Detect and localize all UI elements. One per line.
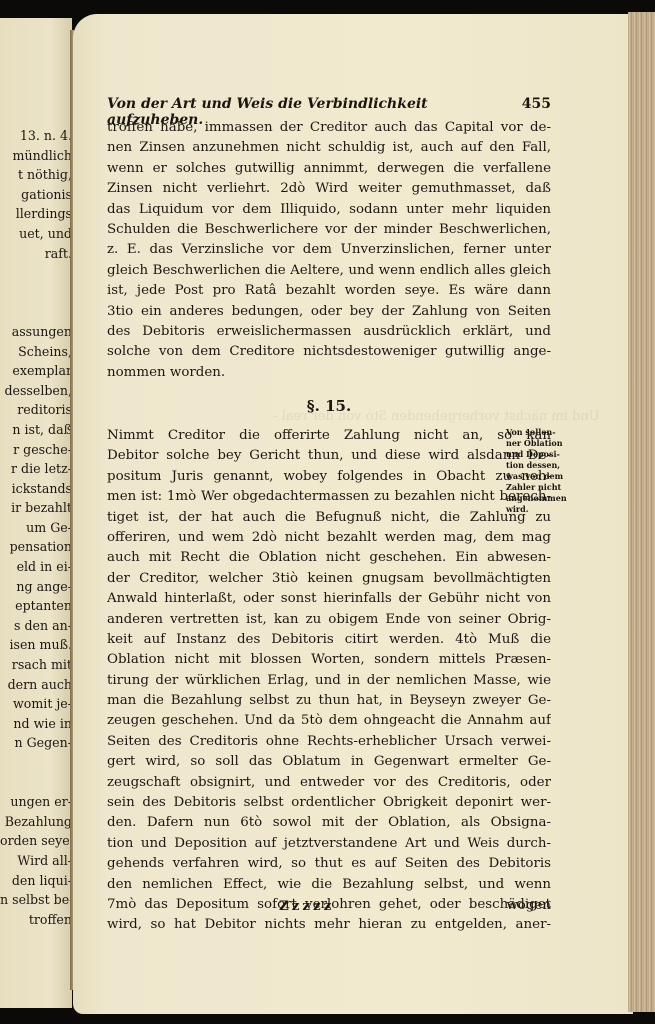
marginal-line: und Deposi- (506, 449, 566, 460)
left-text-line: desselben, (0, 381, 72, 401)
text-line: offeriren, und wem 2dò nicht bezahlt wer… (107, 528, 551, 548)
left-text-line: reditoris (0, 400, 72, 420)
left-text-line: t nöthig, (0, 165, 72, 185)
catchword: wogen (506, 898, 551, 913)
text-line: gleich Beschwerlichen die Aeltere, und w… (107, 261, 551, 281)
left-text-line (0, 753, 72, 773)
text-line: z. E. das Verzinsliche vor dem Unverzins… (107, 240, 551, 260)
text-line: gert wird, so soll das Oblatum in Gegenw… (107, 752, 551, 772)
text-line: Zinsen nicht verliehrt. 2dò Wird weiter … (107, 179, 551, 199)
left-text-line (0, 773, 72, 793)
left-text-line: pensation (0, 537, 72, 557)
left-text-line (0, 302, 72, 322)
text-line: Oblation nicht mit blossen Worten, sonde… (107, 650, 551, 670)
text-line: Debitor solche bey Gericht thun, und die… (107, 446, 551, 466)
marginal-line: tion dessen, (506, 460, 566, 471)
left-text-line (0, 263, 72, 283)
text-line: tiget ist, der hat auch die Befugnuß nic… (107, 508, 551, 528)
marginal-line: angenommen (506, 493, 566, 504)
left-text-line: s den an- (0, 616, 72, 636)
page-footer: Zzzzz wogen (107, 898, 551, 918)
left-text-line: n selbst be- (0, 890, 72, 910)
left-text-line: ickstands (0, 479, 72, 499)
left-text-line: r gesche- (0, 440, 72, 460)
left-text-line: 13. n. 4. (0, 126, 72, 146)
marginal-line: ner Oblation (506, 438, 566, 449)
text-line: 3tio ein anderes bedungen, oder bey der … (107, 302, 551, 322)
left-text-line: n ist, daß (0, 420, 72, 440)
left-text-line: mündlich (0, 146, 72, 166)
left-text-line: um Ge- (0, 518, 72, 538)
left-text-line: uet, und (0, 224, 72, 244)
marginal-line: Von sollen- (506, 427, 566, 438)
right-page: Und im nächst vorhergehenden 5to von der… (73, 14, 633, 1014)
text-line: anderen vertretten ist, kan zu obigem En… (107, 610, 551, 630)
marginal-line: Zahler nicht (506, 482, 566, 493)
marginal-note: Von sollen-ner Oblationund Deposi-tion d… (506, 427, 566, 515)
text-line: men ist: 1mò Wer obgedachtermassen zu be… (107, 487, 551, 507)
left-text-line: dern auch (0, 675, 72, 695)
left-text-line: ng ange- (0, 577, 72, 597)
section-title: §. 15. (107, 397, 551, 415)
left-text-line: ungen er- (0, 792, 72, 812)
text-line: das Liquidum vor dem Illiquido, sodann u… (107, 200, 551, 220)
left-text-line (0, 283, 72, 303)
page-edges (628, 12, 655, 1012)
left-text-line: assungen (0, 322, 72, 342)
text-line: tion und Deposition auf jetztverstandene… (107, 834, 551, 854)
text-line: zeugschaft obsignirt, und entweder vor d… (107, 773, 551, 793)
text-line: den nemlichen Effect, wie die Bezahlung … (107, 875, 551, 895)
left-text-line: r die letz- (0, 459, 72, 479)
paragraph-2: Nimmt Creditor die offerirte Zahlung nic… (107, 426, 551, 936)
left-text-line: isen muß. (0, 635, 72, 655)
marginal-line: wird. (506, 504, 566, 515)
text-line: wenn er solches gutwillig annimmt, derwe… (107, 159, 551, 179)
page-number: 455 (522, 96, 551, 112)
left-text-line: gationis (0, 185, 72, 205)
text-line: Schulden die Beschwerlichere vor der min… (107, 220, 551, 240)
text-line: tirung der würklichen Erlag, und in der … (107, 671, 551, 691)
left-page: 13. n. 4.mündlicht nöthig,gationisllerdi… (0, 18, 72, 1008)
text-line: Anwald hinterlaßt, oder sonst hierinfall… (107, 589, 551, 609)
left-text-line: exemplar (0, 361, 72, 381)
left-text-line: Scheins, (0, 342, 72, 362)
left-text-line: den liqui- (0, 871, 72, 891)
text-line: den. Dafern nun 6tò sowol mit der Oblati… (107, 813, 551, 833)
left-text-line: nd wie in (0, 714, 72, 734)
signature-mark: Zzzzz (279, 898, 334, 914)
text-line: nommen worden. (107, 363, 551, 383)
text-line: positum Juris genannt, wobey folgendes i… (107, 467, 551, 487)
text-line: der Creditor, welcher 3tiò keinen gnugsa… (107, 569, 551, 589)
text-line: zeugen geschehen. Und da 5tò dem ohngeac… (107, 711, 551, 731)
text-line: wird, so hat Debitor nichts mehr hieran … (107, 915, 551, 935)
text-line: des Debitoris erweislichermassen ausdrüc… (107, 322, 551, 342)
left-text-line: Wird all- (0, 851, 72, 871)
text-line: keit auf Instanz des Debitoris citirt we… (107, 630, 551, 650)
left-text-line: raft. (0, 244, 72, 264)
left-text-line: orden seye, (0, 831, 72, 851)
left-page-text: 13. n. 4.mündlicht nöthig,gationisllerdi… (0, 126, 72, 929)
text-line: ist, jede Post pro Ratâ bezahlt worden s… (107, 281, 551, 301)
left-text-line: rsach mit (0, 655, 72, 675)
text-line: sein des Debitoris selbst ordentlicher O… (107, 793, 551, 813)
left-text-line: eld in ei- (0, 557, 72, 577)
text-line: troffen habe, immassen der Creditor auch… (107, 118, 551, 138)
text-line: solche von dem Creditore nichtsdestoweni… (107, 342, 551, 362)
left-text-line: Bezahlung (0, 812, 72, 832)
text-line: nen Zinsen anzunehmen nicht schuldig ist… (107, 138, 551, 158)
text-line: auch mit Recht die Oblation nicht gesche… (107, 548, 551, 568)
paragraph-1: troffen habe, immassen der Creditor auch… (107, 118, 551, 383)
text-line: Nimmt Creditor die offerirte Zahlung nic… (107, 426, 551, 446)
left-text-line: n Gegen- (0, 733, 72, 753)
left-text-line: ir bezahlt (0, 498, 72, 518)
text-line: man die Bezahlung selbst zu thun hat, in… (107, 691, 551, 711)
text-line: Seiten des Creditoris ohne Rechts-erhebl… (107, 732, 551, 752)
left-text-line: eptanten (0, 596, 72, 616)
marginal-line: was von dem (506, 471, 566, 482)
left-text-line: llerdings (0, 204, 72, 224)
left-text-line: troffen (0, 910, 72, 930)
left-text-line: womit je- (0, 694, 72, 714)
text-line: gehends verfahren wird, so thut es auf S… (107, 854, 551, 874)
